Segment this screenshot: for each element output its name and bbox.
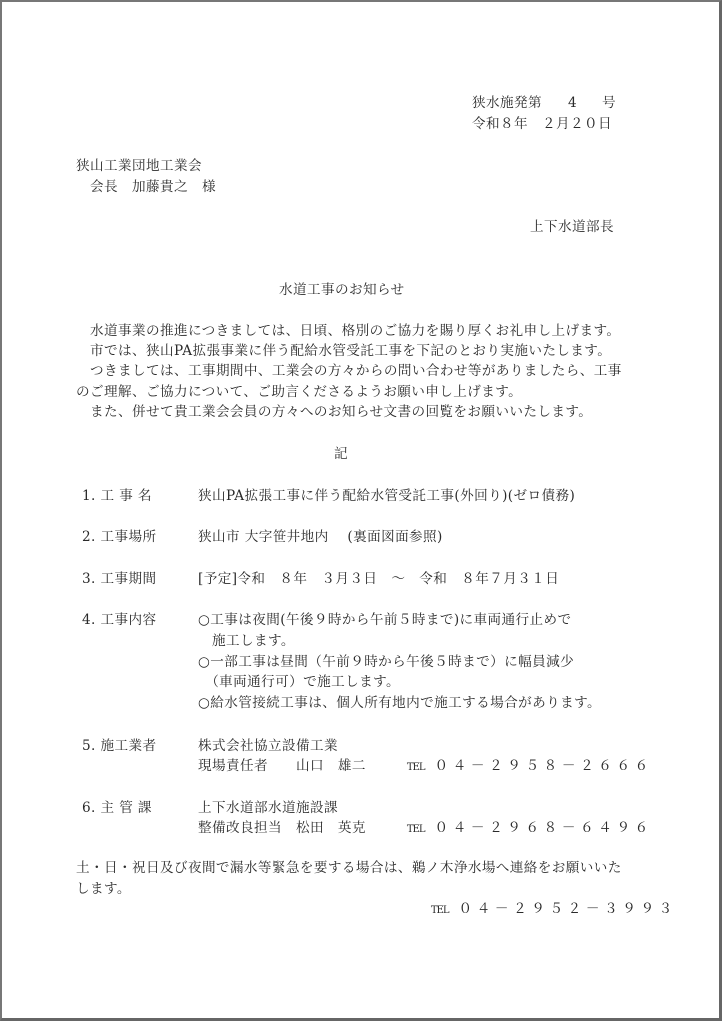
emergency-tel: TEL０４－２９５２－３９９３ — [412, 879, 677, 941]
department-name: 上下水道部水道施設課 — [198, 798, 338, 818]
tel-label: TEL — [431, 905, 449, 916]
item-label-5: 5. 施工業者 — [82, 736, 156, 756]
contractor-name: 株式会社協立設備工業 — [198, 736, 338, 756]
department-contact: 整備改良担当 松田 英克 — [198, 818, 366, 838]
item-value-4-line-2: 施工します。 — [198, 631, 295, 651]
item-label-3: 3. 工事期間 — [82, 569, 156, 589]
item-label-6: 6. 主 管 課 — [82, 798, 152, 818]
issue-date: 令和８年 ２月２０日 — [472, 114, 612, 134]
doc-number-prefix: 狭水施発第 — [472, 93, 542, 113]
sender: 上下水道部長 — [530, 217, 614, 237]
tel-number: ０４－２９５２－３９９３ — [459, 901, 677, 917]
recipient-name: 会長 加藤貴之 様 — [90, 177, 216, 197]
body-line-2: 市では、狭山PA拡張事業に伴う配給水管受託工事を下記のとおり実施いたします。 — [90, 341, 611, 361]
doc-number: 4 — [568, 93, 577, 113]
contractor-tel: TEL０４－２９５８－２６６６ — [388, 736, 653, 798]
ki-heading: 記 — [334, 444, 348, 464]
recipient-organization: 狭山工業団地工業会 — [76, 156, 202, 176]
tel-label: TEL — [407, 762, 425, 773]
department-tel: TEL０４－２９６８－６４９６ — [388, 798, 653, 860]
item-label-1: 1. 工 事 名 — [82, 486, 152, 506]
item-value-4-line-3: ○一部工事は昼間（午前９時から午後５時まで）に幅員減少 — [198, 652, 574, 672]
body-line-1: 水道事業の推進につきましては、日頃、格別のご協力を賜り厚くお礼申し上げます。 — [90, 321, 620, 341]
document-page: 狭水施発第 4 号 令和８年 ２月２０日 狭山工業団地工業会 会長 加藤貴之 様… — [0, 0, 722, 1021]
tel-label: TEL — [407, 824, 425, 835]
tel-number: ０４－２９６８－６４９６ — [435, 820, 653, 836]
body-line-3: つきましては、工事期間中、工業会の方々からの問い合わせ等がありましたら、工事 — [90, 361, 622, 381]
body-line-5: また、併せて貴工業会会員の方々へのお知らせ文書の回覧をお願いいたします。 — [90, 402, 592, 422]
item-value-4-line-4: （車両通行可）で施工します。 — [198, 672, 400, 692]
item-value-4-line-5: ○給水管接続工事は、個人所有地内で施工する場合があります。 — [198, 693, 601, 713]
item-label-4: 4. 工事内容 — [82, 610, 156, 630]
tel-number: ０４－２９５８－２６６６ — [435, 758, 653, 774]
item-value-3: [予定]令和 ８年 ３月３日 ～ 令和 ８年７月３１日 — [198, 569, 559, 589]
item-value-1: 狭山PA拡張工事に伴う配給水管受託工事(外回り)(ゼロ債務) — [198, 486, 575, 506]
item-value-4-line-1: ○工事は夜間(午後９時から午前５時まで)に車両通行止めで — [198, 610, 572, 630]
item-value-2: 狭山市 大字笹井地内 (裏面図面参照) — [198, 527, 443, 547]
emergency-note-line-2: します。 — [76, 879, 131, 899]
doc-number-suffix: 号 — [602, 93, 616, 113]
site-manager: 現場責任者 山口 雄二 — [198, 756, 366, 776]
document-title: 水道工事のお知らせ — [279, 280, 405, 300]
emergency-note-line-1: 土・日・祝日及び夜間で漏水等緊急を要する場合は、鵜ノ木浄水場へ連絡をお願いいた — [76, 858, 622, 878]
item-label-2: 2. 工事場所 — [82, 527, 156, 547]
body-line-4: のご理解、ご協力について、ご助言くださるようお願い申し上げます。 — [76, 382, 522, 402]
